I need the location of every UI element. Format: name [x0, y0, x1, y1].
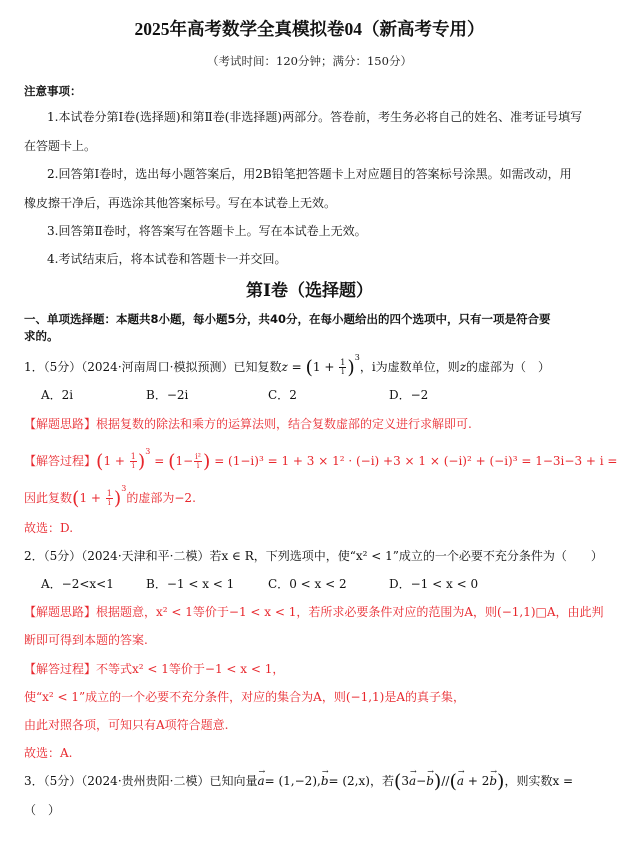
notice-item-2a: 2.回答第Ⅰ卷时，选出每小题答案后，用2B铅笔把答题卡上对应题目的答案标号涂黑。…	[0, 166, 619, 182]
question-2-process-1: 【解答过程】不等式x² < 1等价于−1 < x < 1，	[0, 661, 619, 677]
question-2-thinking-2: 断即可得到本题的答案.	[0, 632, 619, 648]
exam-page: 2025年高考数学全真模拟卷04（新高考专用） （考试时间：120分钟；满分：1…	[0, 0, 619, 843]
option-b: B．−2i	[146, 387, 188, 403]
notice-item-4: 4.考试结束后，将本试卷和答题卡一并交回。	[0, 251, 619, 267]
question-2-stem: 2．（5分）（2024·天津和平·二模）若x ∈ R，下列选项中，使“x² < …	[0, 548, 619, 564]
question-1-process-1: 【解答过程】(1 + 1i)3 = (1−i²i) = (1−i)³ = 1 +…	[0, 452, 619, 470]
question-2-thinking-1: 【解题思路】根据题意，x² < 1等价于−1 < x < 1，若所求必要条件对应…	[0, 604, 619, 620]
question-2-process-3: 由此对照各项，可知只有A项符合题意.	[0, 717, 619, 733]
question-1-stem: 1．（5分）（2024·河南周口·模拟预测）已知复数z = (1 + 1i)3，…	[0, 358, 619, 376]
question-3-stem-2: （ ）	[0, 802, 619, 818]
exam-subtitle: （考试时间：120分钟；满分：150分）	[0, 53, 619, 69]
exam-title: 2025年高考数学全真模拟卷04（新高考专用）	[0, 18, 619, 40]
question-1-process-2: 因此复数(1 + 1i)3的虚部为−2.	[0, 489, 619, 507]
notice-item-1b: 在答题卡上。	[0, 138, 619, 154]
option-c: C．0 < x < 2	[268, 576, 347, 592]
notice-item-2b: 橡皮擦干净后，再选涂其他答案标号。写在本试卷上无效。	[0, 195, 619, 211]
notice-item-3: 3.回答第Ⅱ卷时，将答案写在答题卡上。写在本试卷上无效。	[0, 223, 619, 239]
option-c: C．2	[268, 387, 297, 403]
question-2-answer: 故选：A.	[0, 745, 619, 761]
option-a: A．2i	[41, 387, 73, 403]
option-d: D．−2	[389, 387, 428, 403]
question-3-stem: 3．（5分）（2024·贵州贵阳·二模）已知向量a= (1,−2),b= (2,…	[0, 773, 619, 790]
section-title: 第Ⅰ卷（选择题）	[0, 280, 619, 302]
notice-item-1a: 1.本试卷分第Ⅰ卷(选择题)和第Ⅱ卷(非选择题)两部分。答卷前，考生务必将自己的…	[0, 109, 619, 125]
question-1-answer: 故选：D.	[0, 520, 619, 536]
section-instruction-1: 一、单项选择题：本题共8小题，每小题5分，共40分，在每小题给出的四个选项中，只…	[24, 311, 619, 327]
option-d: D．−1 < x < 0	[389, 576, 478, 592]
question-2-process-2: 使“x² < 1”成立的一个必要不充分条件，对应的集合为A，则(−1,1)是A的…	[0, 689, 619, 705]
question-1-thinking: 【解题思路】根据复数的除法和乘方的运算法则，结合复数虚部的定义进行求解即可.	[0, 416, 619, 432]
option-b: B．−1 < x < 1	[146, 576, 234, 592]
section-instruction-2: 求的。	[24, 328, 619, 344]
option-a: A．−2<x<1	[41, 576, 114, 592]
notice-heading: 注意事项：	[24, 83, 619, 99]
